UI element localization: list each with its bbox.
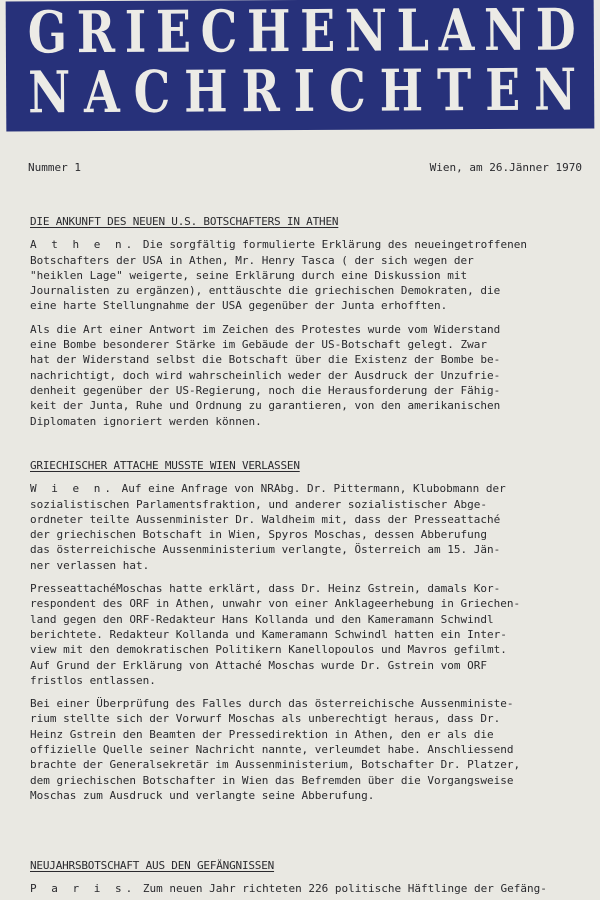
text-line: W i e n. Auf eine Anfrage von NRAbg. Dr.… <box>30 481 590 496</box>
masthead-title-line-2: NACHRICHTEN <box>28 67 576 116</box>
text-line: das österreichische Aussenministerium ve… <box>30 542 590 557</box>
text-line: denheit gegenüber der US-Regierung, noch… <box>30 383 590 398</box>
line-text: Moschas zum Ausdruck und verlangte seine… <box>30 789 374 802</box>
line-text: ordneter teilte Aussenminister Dr. Waldh… <box>30 513 500 526</box>
line-text: Auf Grund der Erklärung von Attaché Mosc… <box>30 659 487 672</box>
masthead-letter: N <box>484 1 526 59</box>
masthead-letter: R <box>241 62 280 120</box>
article-paragraph: A t h e n. Die sorgfältig formulierte Er… <box>30 237 590 313</box>
line-text: hat der Widerstand selbst die Botschaft … <box>30 353 500 366</box>
text-line: der griechischen Botschaft in Wien, Spyr… <box>30 527 590 542</box>
line-text: Als die Art einer Antwort im Zeichen des… <box>30 323 500 336</box>
masthead-letter: H <box>184 63 228 121</box>
text-line: Auf Grund der Erklärung von Attaché Mosc… <box>30 658 590 673</box>
masthead-letter: C <box>134 63 171 121</box>
text-line: Als die Art einer Antwort im Zeichen des… <box>30 322 590 337</box>
article-new-year-message: NEUJAHRSBOTSCHAFT AUS DEN GEFÄNGNISSENP … <box>30 858 590 900</box>
article-greek-attache: GRIECHISCHER ATTACHE MUSSTE WIEN VERLASS… <box>30 458 590 811</box>
masthead-letter: D <box>536 1 576 59</box>
line-text: sozialistischen Parlamentsfraktion, und … <box>30 498 487 511</box>
masthead-letter: C <box>329 62 366 120</box>
text-line: ordneter teilte Aussenminister Dr. Waldh… <box>30 512 590 527</box>
text-line: Botschafters der USA in Athen, Mr. Henry… <box>30 253 590 268</box>
dateline-lead: P a r i s. <box>30 882 136 895</box>
text-line: sozialistischen Parlamentsfraktion, und … <box>30 497 590 512</box>
line-text: dem griechischen Botschafter in Wien das… <box>30 774 513 787</box>
line-text: rium stellte sich der Vorwurf Moschas al… <box>30 712 500 725</box>
text-line: brachte der Generalsekretär im Aussenmin… <box>30 757 590 772</box>
line-text: Auf eine Anfrage von NRAbg. Dr. Pitterma… <box>115 482 506 495</box>
article-us-ambassador: DIE ANKUNFT DES NEUEN U.S. BOTSCHAFTERS … <box>30 214 590 437</box>
line-text: view mit den demokratischen Politikern K… <box>30 643 507 656</box>
masthead: GRIECHENLAND NACHRICHTEN <box>6 0 595 132</box>
text-line: land gegen den ORF-Redakteur Hans Kollan… <box>30 612 590 627</box>
text-line: P a r i s. Zum neuen Jahr richteten 226 … <box>30 881 590 896</box>
dateline-lead: W i e n. <box>30 482 115 495</box>
masthead-letter: N <box>28 63 70 121</box>
masthead-letter: C <box>201 3 238 61</box>
line-text: Die sorgfältig formulierte Erklärung des… <box>136 238 527 251</box>
line-text: fristlos entlassen. <box>30 674 156 687</box>
line-text: brachte der Generalsekretär im Aussenmin… <box>30 758 520 771</box>
masthead-letter: T <box>437 61 472 119</box>
line-text: das österreichische Aussenministerium ve… <box>30 543 500 556</box>
dateline-lead: A t h e n. <box>30 238 136 251</box>
line-text: Heinz Gstrein den Beamten der Pressedire… <box>30 728 494 741</box>
article-headline: NEUJAHRSBOTSCHAFT AUS DEN GEFÄNGNISSEN <box>30 858 590 873</box>
text-line: dem griechischen Botschafter in Wien das… <box>30 773 590 788</box>
line-text: nachrichtigt, doch wird wahrscheinlich w… <box>30 369 500 382</box>
line-text: keit der Junta, Ruhe und Ordnung zu gara… <box>30 399 500 412</box>
line-text: denheit gegenüber der US-Regierung, noch… <box>30 384 500 397</box>
masthead-letter: G <box>28 3 68 61</box>
text-line: Moschas zum Ausdruck und verlangte seine… <box>30 788 590 803</box>
text-line: Heinz Gstrein den Beamten der Pressedire… <box>30 727 590 742</box>
text-line: hat der Widerstand selbst die Botschaft … <box>30 352 590 367</box>
article-headline: DIE ANKUNFT DES NEUEN U.S. BOTSCHAFTERS … <box>30 214 590 229</box>
line-text: Zum neuen Jahr richteten 226 politische … <box>136 882 547 895</box>
text-line: A t h e n. Die sorgfältig formulierte Er… <box>30 237 590 252</box>
text-line: eine Bombe besonderer Stärke im Gebäude … <box>30 337 590 352</box>
text-line: nachrichtigt, doch wird wahrscheinlich w… <box>30 368 590 383</box>
article-paragraph: Bei einer Überprüfung des Falles durch d… <box>30 696 590 803</box>
line-text: offizielle Quelle seiner Nachricht nannt… <box>30 743 513 756</box>
article-headline: GRIECHISCHER ATTACHE MUSSTE WIEN VERLASS… <box>30 458 590 473</box>
masthead-title-line-1: GRIECHENLAND <box>28 7 576 56</box>
line-text: ner verlassen hat. <box>30 559 149 572</box>
text-line: ner verlassen hat. <box>30 558 590 573</box>
masthead-letter: E <box>300 2 335 60</box>
text-line: eine harte Stellungnahme der USA gegenüb… <box>30 298 590 313</box>
article-paragraph: Als die Art einer Antwort im Zeichen des… <box>30 322 590 429</box>
line-text: PresseattachéMoschas hatte erklärt, dass… <box>30 582 500 595</box>
line-text: Journalisten zu ergänzen), enttäuschte d… <box>30 284 500 297</box>
text-line: respondent des ORF in Athen, unwahr von … <box>30 596 590 611</box>
masthead-letter: H <box>379 62 423 120</box>
masthead-letter: A <box>439 1 475 59</box>
masthead-letter: I <box>294 62 316 120</box>
masthead-letter: H <box>247 2 291 60</box>
line-text: respondent des ORF in Athen, unwahr von … <box>30 597 520 610</box>
line-text: Botschafters der USA in Athen, Mr. Henry… <box>30 254 474 267</box>
line-text: der griechischen Botschaft in Wien, Spyr… <box>30 528 487 541</box>
article-paragraph: W i e n. Auf eine Anfrage von NRAbg. Dr.… <box>30 481 590 573</box>
masthead-letter: L <box>396 2 429 60</box>
text-line: Journalisten zu ergänzen), enttäuschte d… <box>30 283 590 298</box>
text-line: Diplomaten ignoriert werden können. <box>30 414 590 429</box>
article-paragraph: PresseattachéMoschas hatte erklärt, dass… <box>30 581 590 688</box>
text-line: fristlos entlassen. <box>30 673 590 688</box>
text-line: "heiklen Lage" weigerte, seine Erklärung… <box>30 268 590 283</box>
masthead-letter: I <box>125 3 147 61</box>
masthead-letter: A <box>84 63 120 121</box>
text-line: rium stellte sich der Vorwurf Moschas al… <box>30 711 590 726</box>
masthead-letter: N <box>345 2 387 60</box>
masthead-letter: E <box>485 61 520 119</box>
dateline: Wien, am 26.Jänner 1970 <box>430 161 582 174</box>
line-text: berichtete. Redakteur Kollanda und Kamer… <box>30 628 507 641</box>
masthead-letter: N <box>534 61 576 119</box>
line-text: land gegen den ORF-Redakteur Hans Kollan… <box>30 613 494 626</box>
line-text: eine harte Stellungnahme der USA gegenüb… <box>30 299 447 312</box>
text-line: view mit den demokratischen Politikern K… <box>30 642 590 657</box>
text-line: offizielle Quelle seiner Nachricht nannt… <box>30 742 590 757</box>
text-line: Bei einer Überprüfung des Falles durch d… <box>30 696 590 711</box>
issue-meta: Nummer 1 Wien, am 26.Jänner 1970 <box>28 161 582 174</box>
masthead-letter: R <box>77 3 116 61</box>
line-text: eine Bombe besonderer Stärke im Gebäude … <box>30 338 487 351</box>
text-line: berichtete. Redakteur Kollanda und Kamer… <box>30 627 590 642</box>
masthead-letter: E <box>156 3 191 61</box>
line-text: Bei einer Überprüfung des Falles durch d… <box>30 697 513 710</box>
text-line: PresseattachéMoschas hatte erklärt, dass… <box>30 581 590 596</box>
line-text: "heiklen Lage" weigerte, seine Erklärung… <box>30 269 467 282</box>
article-paragraph: P a r i s. Zum neuen Jahr richteten 226 … <box>30 881 590 896</box>
line-text: Diplomaten ignoriert werden können. <box>30 415 262 428</box>
issue-number: Nummer 1 <box>28 161 81 174</box>
text-line: keit der Junta, Ruhe und Ordnung zu gara… <box>30 398 590 413</box>
